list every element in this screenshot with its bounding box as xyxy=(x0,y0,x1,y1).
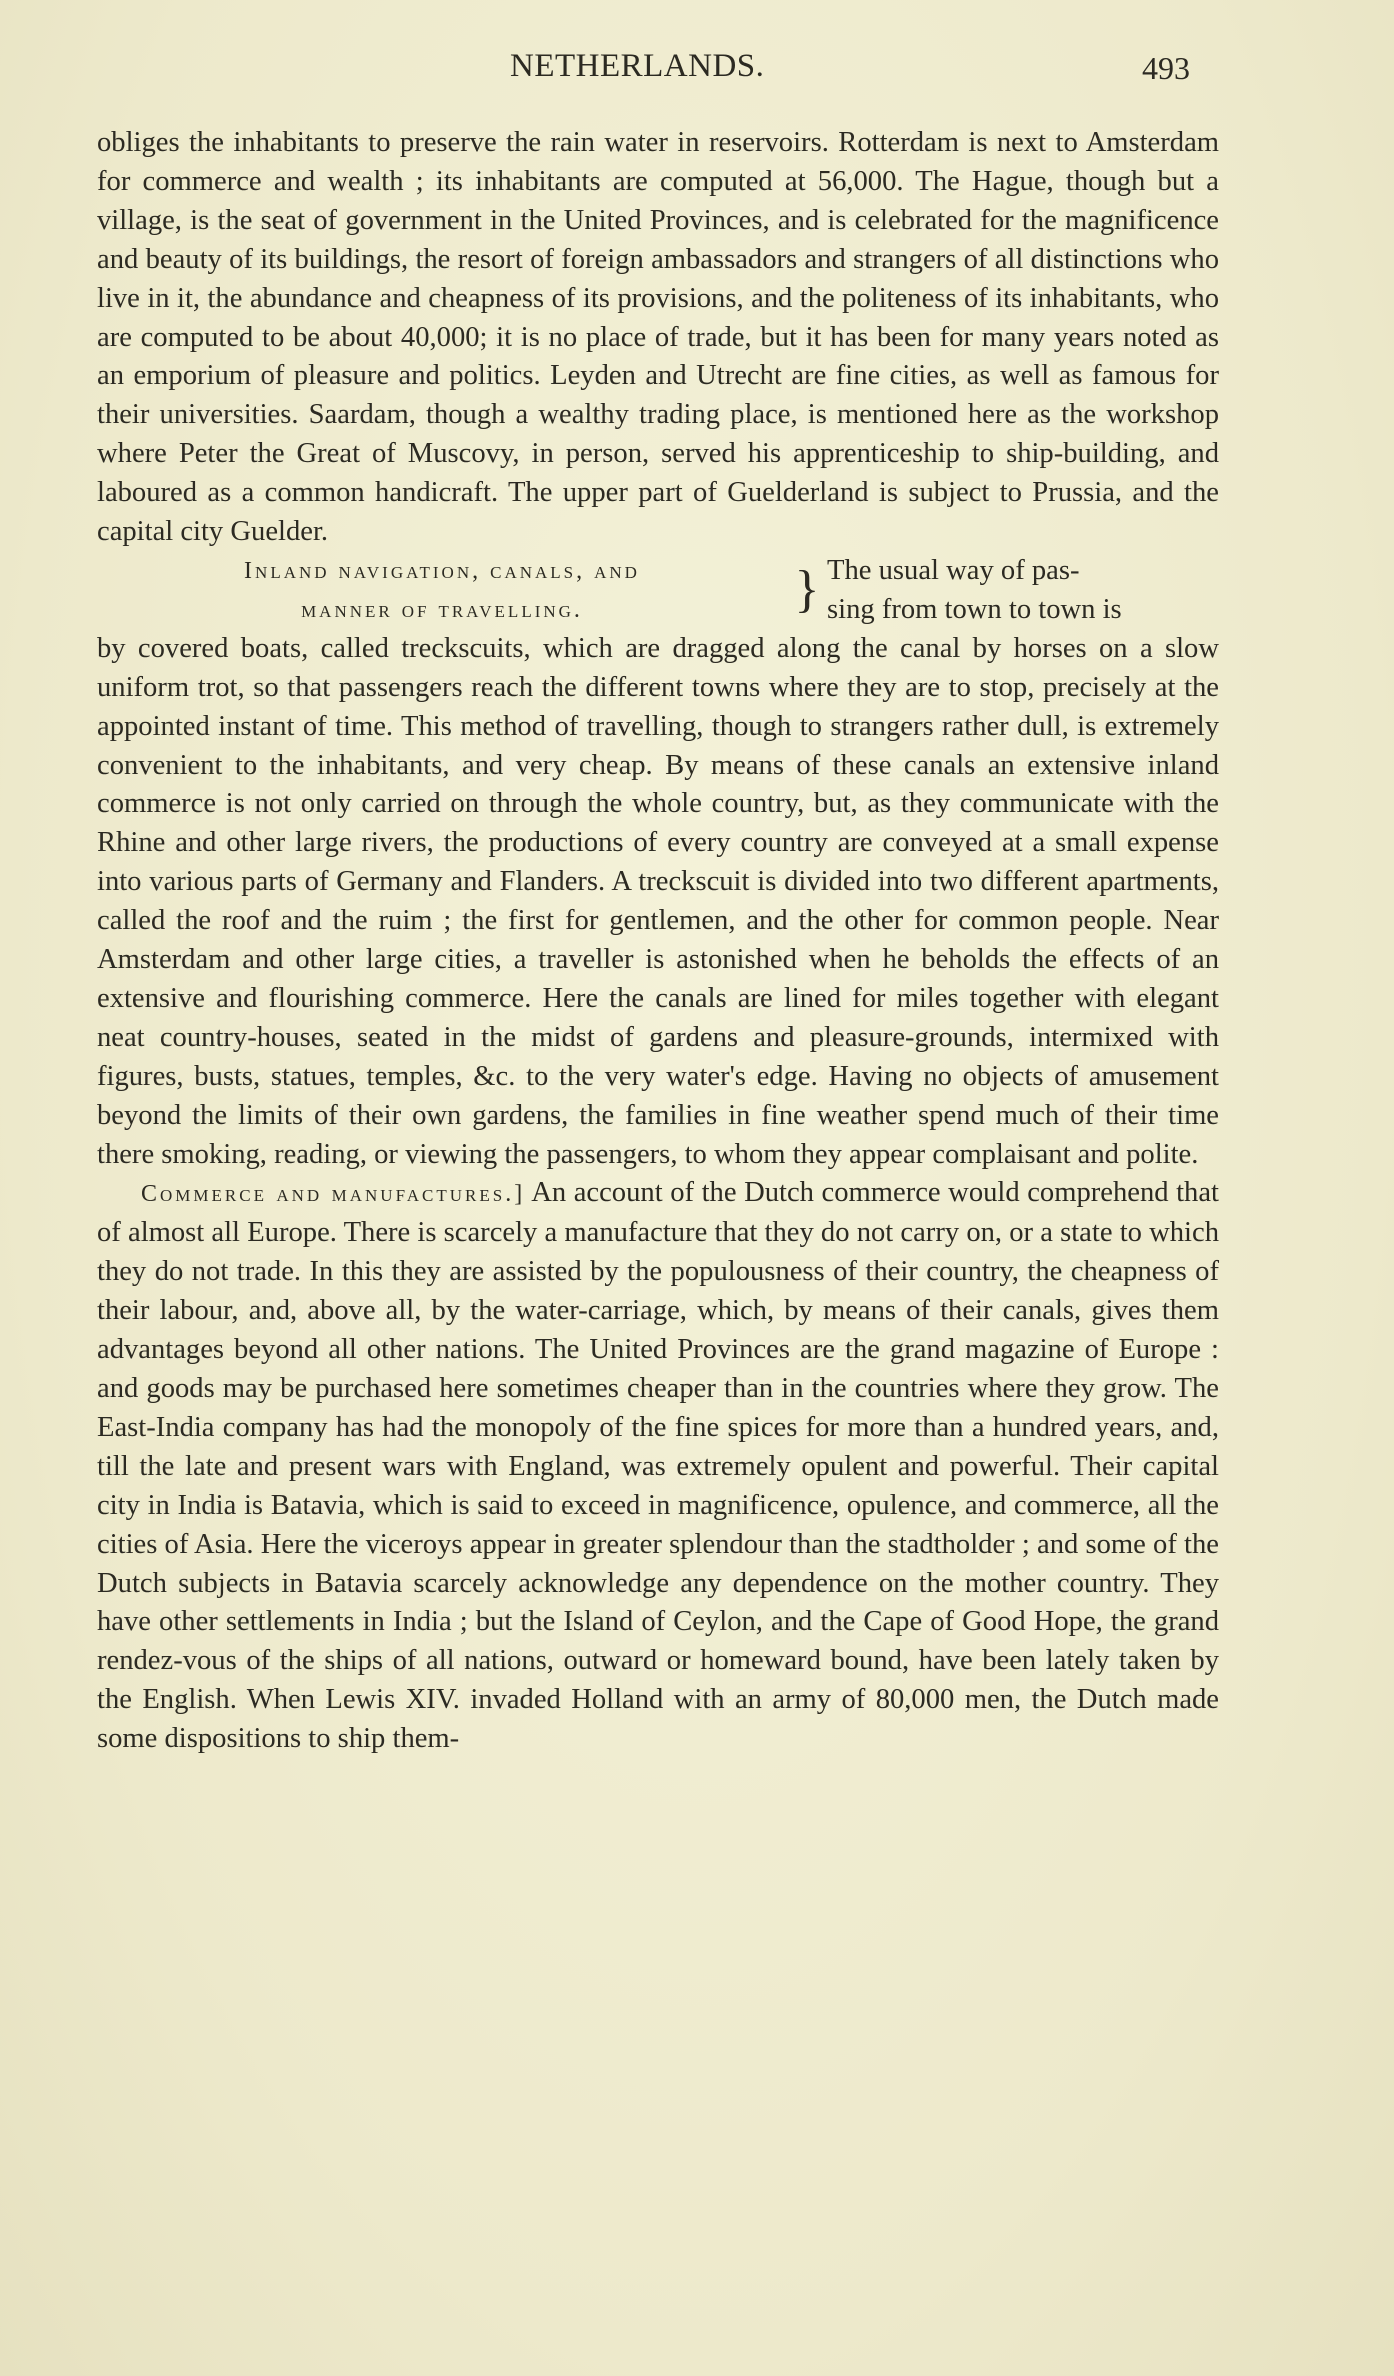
body-text: obliges the inhabitants to preserve the … xyxy=(97,124,1219,1759)
heading-line-2: manner of travelling. xyxy=(97,591,787,630)
lead-line-2: sing from town to town is xyxy=(827,591,1219,630)
page-header: NETHERLANDS. 493 xyxy=(0,48,1394,88)
paragraph-commerce: Commerce and manufactures.] An account o… xyxy=(97,1174,1219,1759)
heading-commerce: Commerce and manufactures.] xyxy=(141,1181,525,1207)
heading-line-1: Inland navigation, canals, and xyxy=(97,552,787,591)
brace-icon: } xyxy=(787,552,827,628)
lead-line-1: The usual way of pas- xyxy=(827,552,1219,591)
book-page: NETHERLANDS. 493 obliges the inhabitants… xyxy=(0,0,1394,2376)
paragraph-cities: obliges the inhabitants to preserve the … xyxy=(97,124,1219,552)
running-title: NETHERLANDS. xyxy=(510,48,764,85)
paragraph-commerce-text: An account of the Dutch commerce would c… xyxy=(97,1177,1219,1754)
paragraph-inland-navigation: by covered boats, called treckscuits, wh… xyxy=(97,630,1219,1175)
page-number: 493 xyxy=(1142,50,1190,87)
section-heading-inland-navigation: Inland navigation, canals, and manner of… xyxy=(97,552,1219,630)
